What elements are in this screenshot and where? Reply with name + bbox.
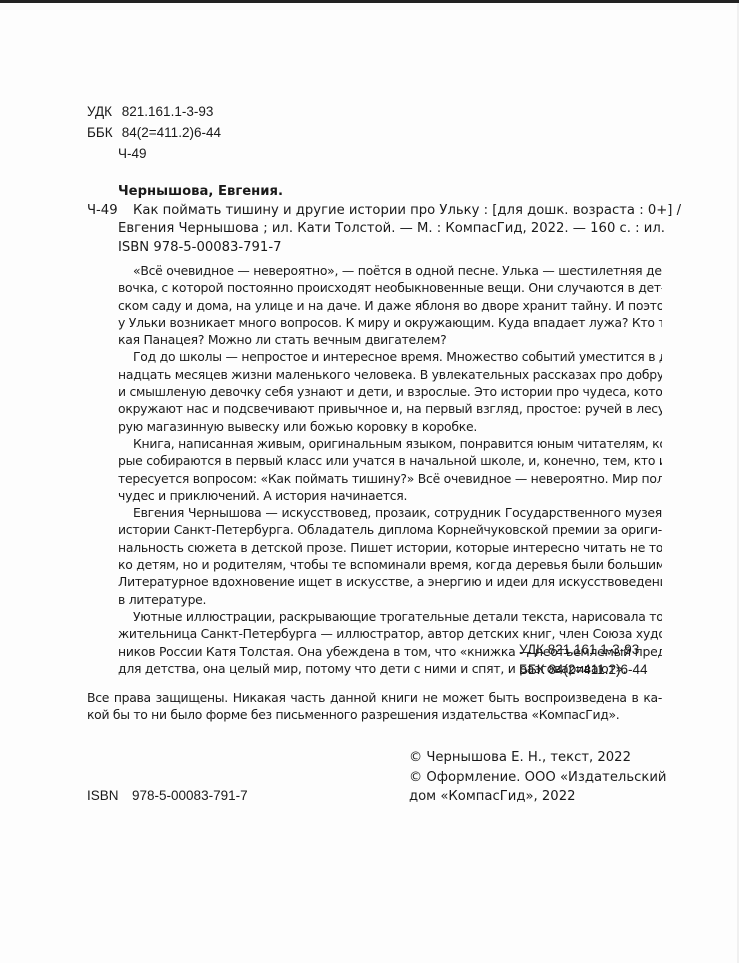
udk-value: 821.161.1-3-93 [122, 104, 214, 119]
entry-row: Ч-49 Как поймать тишину и другие истории… [87, 202, 662, 258]
copyright-text: © Чернышова Е. Н., текст, 2022 [409, 748, 667, 768]
annotation-line: Литературное вдохновение ищет в искусств… [118, 573, 662, 590]
isbn: ISBN 978-5-00083-791-7 [87, 788, 248, 803]
annotation-line: чудес и приключений. А история начинаетс… [118, 487, 662, 504]
annotation-line: «Всё очевидное — невероятно», — поётся в… [118, 262, 662, 279]
annotation-line: окружают нас и подсвечивают привычное и,… [118, 400, 662, 417]
annotation: «Всё очевидное — невероятно», — поётся в… [118, 262, 662, 677]
annotation-line: Уютные иллюстрации, раскрывающие трогате… [118, 608, 662, 625]
rights-line: Все права защищены. Никакая часть данной… [87, 689, 662, 706]
classification-bottom: УДК 821.161.1-3-93 ББК 84(2=411.2)6-44 [519, 640, 648, 680]
copyright-design: © Оформление. ООО «Издательский [409, 768, 667, 788]
top-border [0, 0, 739, 3]
annotation-line: у Ульки возникает много вопросов. К миру… [118, 314, 662, 331]
annotation-paragraph: Книга, написанная живым, оригинальным яз… [118, 435, 662, 504]
author-mark-top: Ч-49 [87, 143, 221, 164]
bbk-value: 84(2=411.2)6-44 [122, 125, 221, 140]
title-line: Как поймать тишину и другие истории про … [118, 202, 681, 221]
classification-top: УДК 821.161.1-3-93 ББК 84(2=411.2)6-44 Ч… [87, 101, 221, 164]
annotation-paragraph: Год до школы — непростое и интересное вр… [118, 348, 662, 434]
udk-bottom: УДК 821.161.1-3-93 [519, 640, 648, 660]
copyright-block: © Чернышова Е. Н., текст, 2022 © Оформле… [409, 748, 667, 807]
entry-body: Как поймать тишину и другие истории про … [118, 202, 681, 258]
author-heading: Чернышова, Евгения. [87, 183, 662, 202]
annotation-line: тересуется вопросом: «Как поймать тишину… [118, 470, 662, 487]
imprint-line: Евгения Чернышова ; ил. Кати Толстой. — … [118, 220, 681, 239]
annotation-line: рые собираются в первый класс или учатся… [118, 452, 662, 469]
bibliographic-entry: Чернышова, Евгения. Ч-49 Как поймать тиш… [87, 183, 662, 257]
annotation-line: Год до школы — непростое и интересное вр… [118, 348, 662, 365]
annotation-line: надцать месяцев жизни маленького человек… [118, 366, 662, 383]
rights-line: кой бы то ни было форме без письменного … [87, 706, 662, 723]
bbk-label: ББК [87, 122, 118, 143]
copyright-design-cont: дом «КомпасГид», 2022 [409, 787, 667, 807]
annotation-line: Евгения Чернышова — искусствовед, прозаи… [118, 504, 662, 521]
isbn-line: ISBN 978-5-00083-791-7 [118, 239, 681, 258]
annotation-line: ском саду и дома, на улице и на даче. И … [118, 297, 662, 314]
author-mark: Ч-49 [87, 202, 118, 258]
rights-notice: Все права защищены. Никакая часть данной… [87, 689, 662, 724]
annotation-line: нальность сюжета в детской прозе. Пишет … [118, 539, 662, 556]
annotation-line: в литературе. [118, 591, 662, 608]
annotation-paragraph: «Всё очевидное — невероятно», — поётся в… [118, 262, 662, 348]
annotation-line: ко детям, но и родителям, чтобы те вспом… [118, 556, 662, 573]
udk-row: УДК 821.161.1-3-93 [87, 101, 221, 122]
annotation-line: вочка, с которой постоянно происходят не… [118, 279, 662, 296]
annotation-line: кая Панацея? Можно ли стать вечным двига… [118, 331, 662, 348]
bbk-bottom: ББК 84(2=411.2)6-44 [519, 660, 648, 680]
bbk-row: ББК 84(2=411.2)6-44 [87, 122, 221, 143]
annotation-line: и смышленую девочку себя узнают и дети, … [118, 383, 662, 400]
annotation-line: Книга, написанная живым, оригинальным яз… [118, 435, 662, 452]
annotation-line: истории Санкт-Петербурга. Обладатель дип… [118, 521, 662, 538]
annotation-paragraph: Евгения Чернышова — искусствовед, прозаи… [118, 504, 662, 608]
udk-label: УДК [87, 101, 118, 122]
annotation-line: рую магазинную вывеску или божью коровку… [118, 418, 662, 435]
